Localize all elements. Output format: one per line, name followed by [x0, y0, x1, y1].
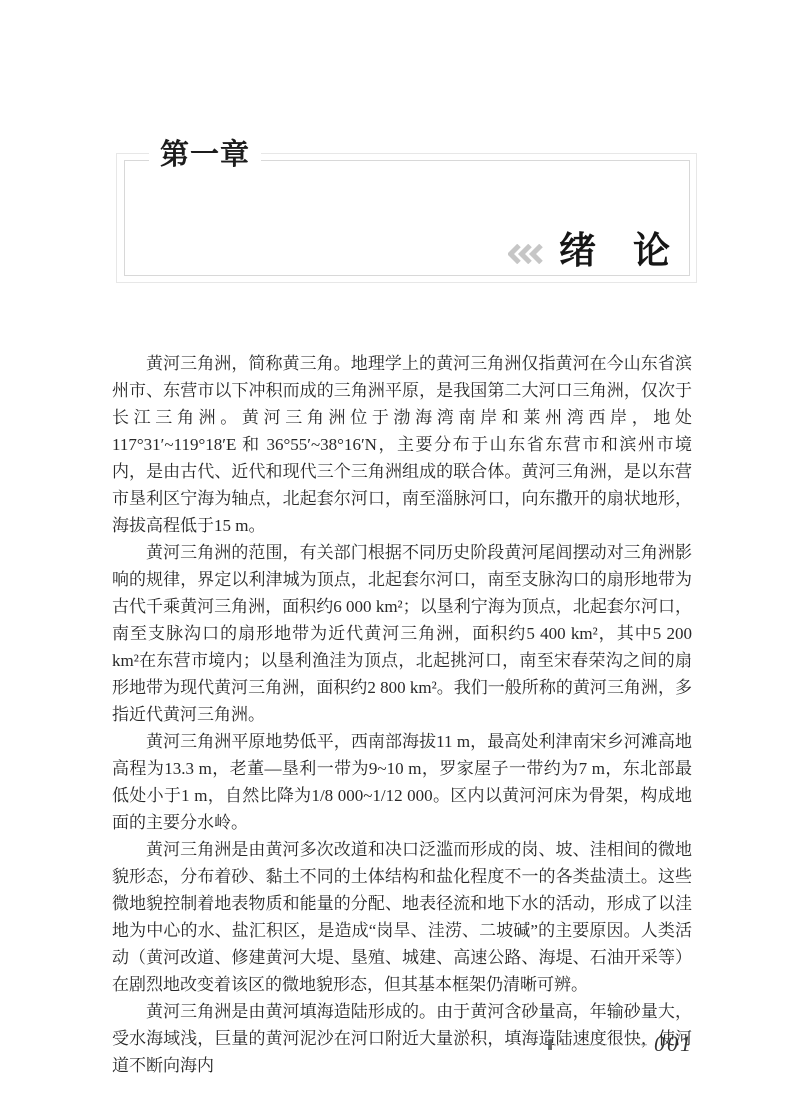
footer-dotted-leader: [554, 1043, 647, 1045]
paragraph-2: 黄河三角洲的范围，有关部门根据不同历史阶段黄河尾闾摆动对三角洲影响的规律，界定以…: [112, 539, 692, 728]
paragraph-1: 黄河三角洲，简称黄三角。地理学上的黄河三角洲仅指黄河在今山东省滨州市、东营市以下…: [112, 350, 692, 539]
footer-bar-glyph: [548, 1039, 552, 1050]
paragraph-4: 黄河三角洲是由黄河多次改道和决口泛滥而形成的岗、坡、洼相间的微地貌形态，分布着砂…: [112, 836, 692, 998]
chapter-title: 绪 论: [559, 233, 670, 270]
page-footer: 001: [548, 1033, 693, 1055]
chapter-header-box: 第一章 绪 论: [116, 153, 697, 283]
triple-left-chevron-icon: [508, 244, 545, 264]
book-page: 第一章 绪 论 黄河三角洲，简称黄三角。地理学上的黄河三角洲仅指黄河在今山东省滨…: [0, 0, 799, 1114]
body-text: 黄河三角洲，简称黄三角。地理学上的黄河三角洲仅指黄河在今山东省滨州市、东营市以下…: [112, 350, 692, 1079]
chapter-number-label: 第一章: [149, 138, 261, 174]
paragraph-3: 黄河三角洲平原地势低平，西南部海拔11 m，最高处利津南宋乡河滩高地高程为13.…: [112, 728, 692, 836]
chapter-title-row: 绪 论: [508, 233, 670, 270]
page-number: 001: [654, 1033, 693, 1055]
